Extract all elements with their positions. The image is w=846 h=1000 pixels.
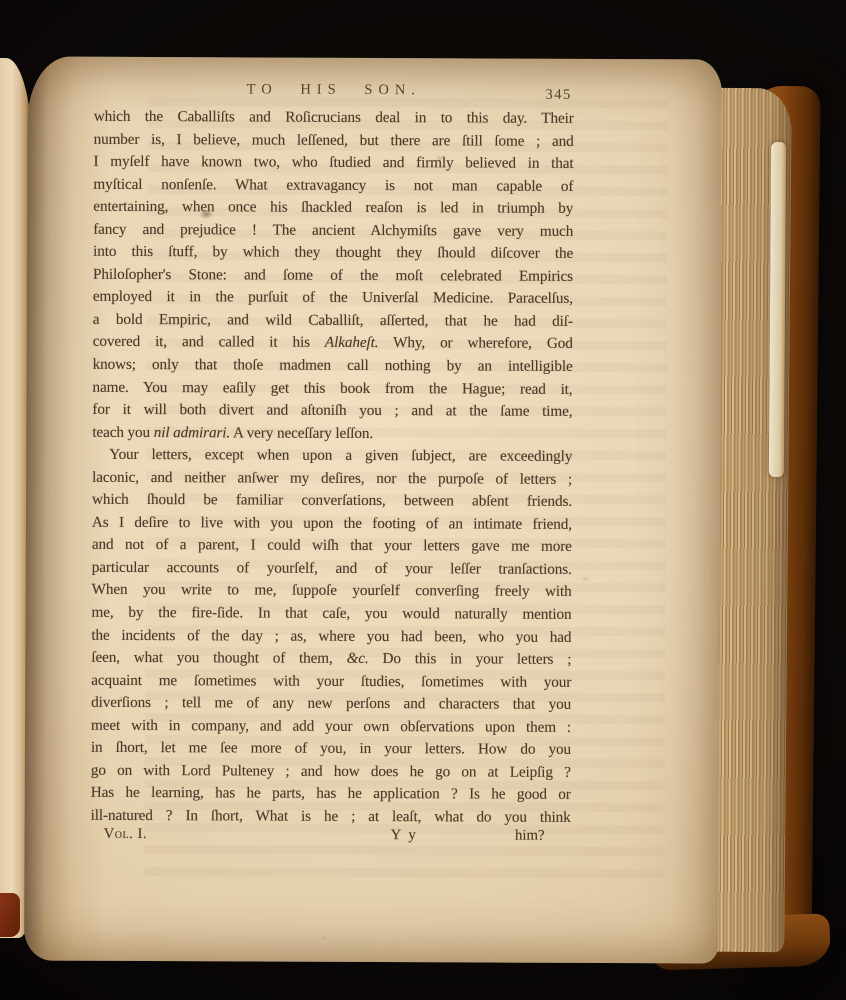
- text-line: which ſhould be familiar converſations, …: [92, 489, 572, 514]
- text-line: particular accounts of yourſelf, and of …: [92, 557, 572, 582]
- text-line: employed it in the purſuit of the Univer…: [93, 286, 573, 311]
- text-line: ſeen, what you thought of them, &c. Do t…: [91, 647, 571, 672]
- text-block: which the Caballiſts and Roſicrucians de…: [91, 106, 574, 830]
- text-line: me, by the fire-ſide. In that caſe, you …: [91, 602, 571, 627]
- text-line: laconic, and neither anſwer my deſires, …: [92, 467, 572, 492]
- text-line: into this ſtuff, by which they thought t…: [93, 241, 573, 266]
- text-line: Your letters, except when upon a given ſ…: [92, 444, 572, 469]
- text-line: a bold Empiric, and wild Caballiſt, aſſe…: [93, 309, 573, 334]
- text-line: knows; only that thoſe madmen call nothi…: [93, 354, 573, 379]
- text-line: As I deſire to live with you upon the fo…: [92, 512, 572, 537]
- text-line: and not of a parent, I could wiſh that y…: [92, 534, 572, 559]
- text-line: Has he learning, has he parts, has he ap…: [91, 782, 571, 807]
- running-title: TO HIS SON.: [94, 81, 574, 100]
- text-line: for it will both divert and aſtoniſh you…: [92, 399, 572, 424]
- volume-label: Vol. I.: [104, 826, 148, 843]
- text-line: meet with in company, and add your own o…: [91, 715, 571, 740]
- text-line: diverſions ; tell me of any new perſons …: [91, 692, 571, 717]
- cover-corner-bottom-left: [0, 893, 20, 937]
- book-page: TO HIS SON. 345 which the Caballiſts and…: [24, 56, 722, 963]
- book-photograph: TO HIS SON. 345 which the Caballiſts and…: [0, 0, 846, 1000]
- text-line: entertaining, when once his ſhackled rea…: [93, 196, 573, 221]
- protruding-page-edge: [769, 142, 786, 477]
- text-line: go on with Lord Pulteney ; and how does …: [91, 760, 571, 785]
- catchword: him?: [515, 828, 545, 845]
- page-number: 345: [546, 87, 572, 104]
- text-line: myſtical nonſenſe. What extravagancy is …: [93, 173, 573, 198]
- text-line: which the Caballiſts and Roſicrucians de…: [94, 106, 574, 131]
- text-line: acquaint me ſometimes with your ſtudies,…: [91, 669, 571, 694]
- signature-mark: Y y: [391, 827, 418, 844]
- page-footer: Vol. I. Y y him?: [91, 826, 571, 850]
- text-line: the incidents of the day ; as, where you…: [91, 624, 571, 649]
- text-line: When you write to me, ſuppoſe yourſelf c…: [92, 579, 572, 604]
- page-header: TO HIS SON. 345: [94, 81, 574, 105]
- text-line: fancy and prejudice ! The ancient Alchym…: [93, 219, 573, 244]
- text-line: covered it, and called it his Alkaheſt. …: [93, 331, 573, 356]
- text-line: I myſelf have known two, who ſtudied and…: [93, 151, 573, 176]
- text-line: Philoſopher's Stone: and ſome of the moſ…: [93, 264, 573, 289]
- text-line: in ſhort, let me ſee more of you, in you…: [91, 737, 571, 762]
- text-line: teach you nil admirari. A very neceſſary…: [92, 421, 572, 446]
- text-line: name. You may eaſily get this book from …: [92, 376, 572, 401]
- text-line: number is, I believe, much leſſened, but…: [94, 128, 574, 153]
